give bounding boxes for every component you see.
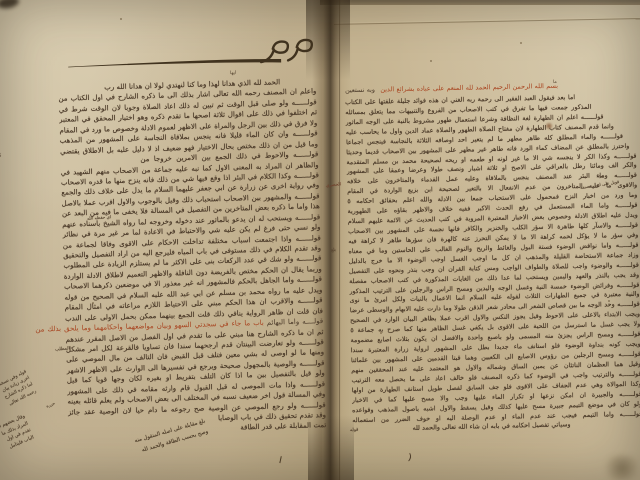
- manuscript-photo: ايها الحمد لله الذي هدانا لهذا وما كنا ل…: [0, 0, 640, 480]
- stray-mark-right: (: [407, 453, 412, 463]
- bottom-right-smear: [600, 455, 640, 480]
- title-start-mark: ما: [553, 80, 557, 85]
- title-black-end: وبه نستعين: [345, 86, 375, 95]
- left-lines-top: الحمد لله الذي هدانا لهذا وما كنا لنهتدي…: [58, 76, 323, 324]
- speck: [120, 18, 122, 20]
- right-text-block: اما بعد فيقول العبد الفقير الى رحمة ربه …: [345, 92, 640, 436]
- margin-sahh-word: صح: [598, 173, 604, 179]
- heading-gloss-word: ايها: [230, 71, 237, 76]
- calligraphic-heading: [60, 35, 317, 80]
- waw-flourish-icon: [60, 35, 317, 76]
- catchword: قوله: [350, 428, 359, 434]
- fold-hairline: [339, 0, 340, 480]
- speck: [430, 60, 432, 62]
- gutter-note-2: بلغ: [331, 247, 336, 253]
- chapter-lead: قولــــه واما البهائم: [267, 317, 324, 327]
- left-text-block: الحمد لله الذي هدانا لهذا وما كنا لنهتدي…: [58, 76, 326, 438]
- page-edge-strip: [320, 0, 640, 5]
- right-lines: اما بعد فيقول العبد الفقير الى رحمة ربه …: [345, 92, 640, 436]
- speck: [520, 42, 522, 44]
